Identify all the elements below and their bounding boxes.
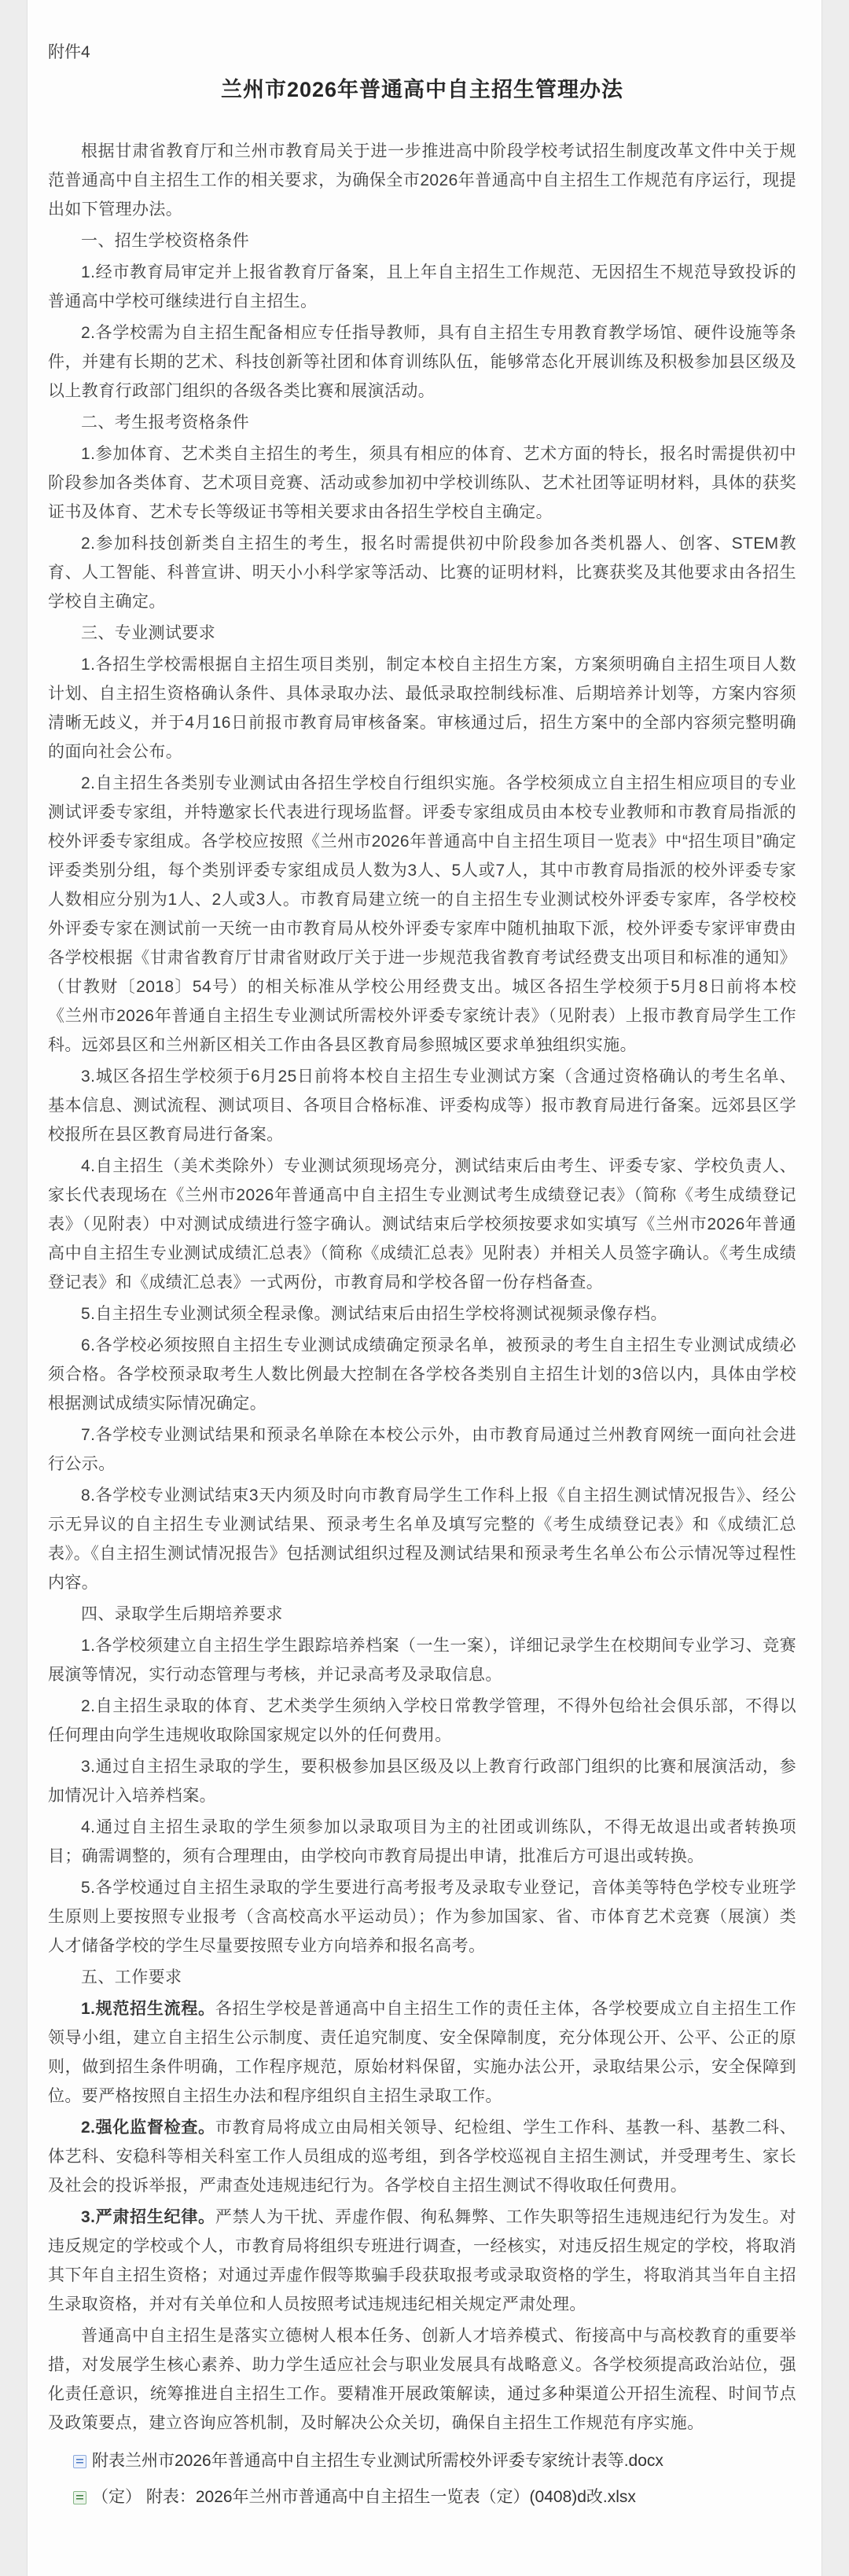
paragraph: 6.各学校必须按照自主招生专业测试成绩确定预录名单，被预录的考生自主招生专业测试…: [48, 1331, 796, 1418]
paragraph: 2.各学校需为自主招生配备相应专任指导教师，具有自主招生专用教育教学场馆、硬件设…: [48, 318, 796, 406]
paragraph: 根据甘肃省教育厅和兰州市教育局关于进一步推进高中阶段学校考试招生制度改革文件中关…: [48, 137, 796, 224]
paragraph: 1.各招生学校需根据自主招生项目类别，制定本校自主招生方案，方案须明确自主招生项…: [48, 650, 796, 766]
paragraph: 5.各学校通过自主招生录取的学生要进行高考报考及录取专业登记，音体美等特色学校专…: [48, 1873, 796, 1960]
attachment-number-label: 附件4: [48, 41, 796, 64]
paragraph: 1.参加体育、艺术类自主招生的考生，须具有相应的体育、艺术方面的特长，报名时需提…: [48, 439, 796, 527]
attachment-link[interactable]: （定） 附表：2026年兰州市普通高中自主招生一览表（定）(0408)d改.xl…: [73, 2485, 796, 2510]
word-file-icon: [73, 2455, 86, 2468]
attachment-link[interactable]: 附表兰州市2026年普通高中自主招生专业测试所需校外评委专家统计表等.docx: [73, 2449, 796, 2474]
paragraph: 2.自主招生录取的体育、艺术类学生须纳入学校日常教学管理，不得外包给社会俱乐部，…: [48, 1692, 796, 1750]
paragraph: 4.通过自主招生录取的学生须参加以录取项目为主的社团或训练队，不得无故退出或者转…: [48, 1813, 796, 1871]
paragraph-bold-lead: 1.规范招生流程。: [81, 2000, 215, 2018]
section-heading: 三、专业测试要求: [48, 619, 796, 648]
paragraph: 7.各学校专业测试结果和预录名单除在本校公示外，由市教育局通过兰州教育网统一面向…: [48, 1420, 796, 1479]
attachment-list: 附表兰州市2026年普通高中自主招生专业测试所需校外评委专家统计表等.docx（…: [48, 2449, 796, 2510]
paragraph: 8.各学校专业测试结束3天内须及时向市教育局学生工作科上报《自主招生测试情况报告…: [48, 1481, 796, 1597]
page-background: 附件4 兰州市2026年普通高中自主招生管理办法 根据甘肃省教育厅和兰州市教育局…: [0, 0, 849, 2576]
section-heading: 五、工作要求: [48, 1963, 796, 1992]
section-heading: 一、招生学校资格条件: [48, 226, 796, 255]
paragraph: 3.严肃招生纪律。严禁人为干扰、弄虚作假、徇私舞弊、工作失职等招生违规违纪行为发…: [48, 2203, 796, 2319]
paragraph: 3.城区各招生学校须于6月25日前将本校自主招生专业测试方案（含通过资格确认的考…: [48, 1062, 796, 1149]
paragraph: 2.参加科技创新类自主招生的考生，报名时需提供初中阶段参加各类机器人、创客、ST…: [48, 529, 796, 616]
paragraph: 4.自主招生（美术类除外）专业测试须现场亮分，测试结束后由考生、评委专家、学校负…: [48, 1152, 796, 1297]
paragraph-bold-lead: 3.严肃招生纪律。: [81, 2208, 215, 2226]
paragraph-bold-lead: 2.强化监督检查。: [81, 2118, 215, 2137]
document-page: 附件4 兰州市2026年普通高中自主招生管理办法 根据甘肃省教育厅和兰州市教育局…: [27, 0, 822, 2576]
section-heading: 二、考生报考资格条件: [48, 408, 796, 437]
paragraph: 普通高中自主招生是落实立德树人根本任务、创新人才培养模式、衔接高中与高校教育的重…: [48, 2321, 796, 2438]
paragraph: 2.自主招生各类别专业测试由各招生学校自行组织实施。各学校须成立自主招生相应项目…: [48, 769, 796, 1060]
paragraph: 1.经市教育局审定并上报省教育厅备案，且上年自主招生工作规范、无因招生不规范导致…: [48, 258, 796, 316]
paragraph: 1.各学校须建立自主招生学生跟踪培养档案（一生一案），详细记录学生在校期间专业学…: [48, 1631, 796, 1689]
paragraph: 2.强化监督检查。市教育局将成立由局相关领导、纪检组、学生工作科、基教一科、基教…: [48, 2113, 796, 2200]
document-body: 根据甘肃省教育厅和兰州市教育局关于进一步推进高中阶段学校考试招生制度改革文件中关…: [48, 137, 796, 2438]
attachment-name: （定） 附表：2026年兰州市普通高中自主招生一览表（定）(0408)d改.xl…: [92, 2485, 636, 2510]
section-heading: 四、录取学生后期培养要求: [48, 1600, 796, 1629]
paragraph: 1.规范招生流程。各招生学校是普通高中自主招生工作的责任主体，各学校要成立自主招…: [48, 1994, 796, 2111]
excel-file-icon: [73, 2491, 86, 2504]
paragraph: 5.自主招生专业测试须全程录像。测试结束后由招生学校将测试视频录像存档。: [48, 1299, 796, 1328]
page-title: 兰州市2026年普通高中自主招生管理办法: [48, 75, 796, 104]
paragraph: 3.通过自主招生录取的学生，要积极参加县区级及以上教育行政部门组织的比赛和展演活…: [48, 1752, 796, 1810]
attachment-name: 附表兰州市2026年普通高中自主招生专业测试所需校外评委专家统计表等.docx: [92, 2449, 663, 2474]
